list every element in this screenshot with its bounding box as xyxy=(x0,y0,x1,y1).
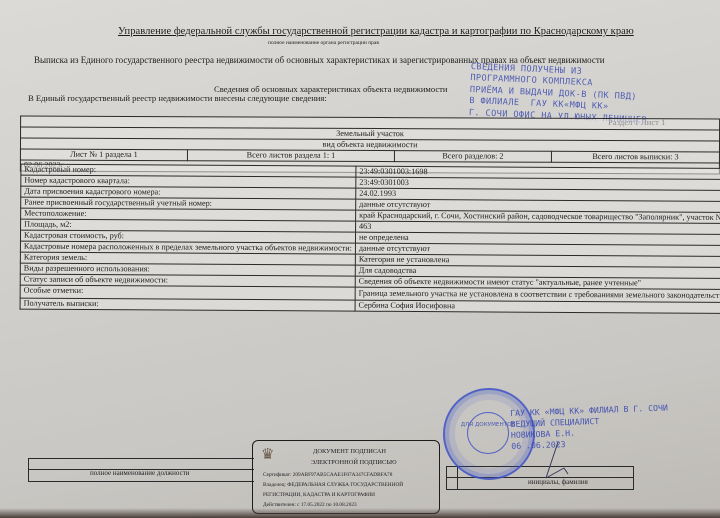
stamp-line: ВЕДУЩИЙ СПЕЦИАЛИСТ xyxy=(510,416,599,429)
esign-owner: Владелец: ФЕДЕРАЛЬНАЯ СЛУЖБА ГОСУДАРСТВЕ… xyxy=(263,482,403,488)
coat-of-arms-icon: ♛ xyxy=(261,446,277,464)
field-value: Сербина София Иосифовна xyxy=(355,300,720,316)
organization-caption: полное наименование органа регистрации п… xyxy=(268,40,379,46)
esign-title: ДОКУМЕНТ ПОДПИСАН xyxy=(313,448,386,455)
characteristics-table: Кадастровый номер:23:49:0301003:1698 Ном… xyxy=(20,164,720,316)
divider xyxy=(457,467,458,489)
stamp-line: НОВИКОВА Е.Н. xyxy=(511,428,575,440)
sheet-number: Лист № 1 раздела 1 xyxy=(20,149,187,161)
position-caption: полное наименование должности xyxy=(90,469,190,477)
esign-certificate: Сертификат: 209ABF97AB5CAAE1F07A347CFADB… xyxy=(263,472,392,478)
field-label: Получатель выписки: xyxy=(20,298,355,311)
total-sheets-section: Всего листов раздела 1: 1 xyxy=(187,150,394,162)
electronic-signature-box: ♛ ДОКУМЕНТ ПОДПИСАН ЭЛЕКТРОННОЙ ПОДПИСЬЮ… xyxy=(252,440,440,514)
total-sheets-extract: Всего листов выписки: 3 xyxy=(551,151,719,163)
document-page: Управление федеральной службы государств… xyxy=(0,0,720,518)
organization-name: Управление федеральной службы государств… xyxy=(118,26,634,37)
photo-edge xyxy=(0,508,720,518)
seal-inner-ring xyxy=(467,412,509,454)
esign-owner-cont: РЕГИСТРАЦИИ, КАДАСТРА И КАРТОГРАФИИ xyxy=(263,492,375,498)
intro-text: В Единый государственный реестр недвижим… xyxy=(28,93,327,103)
esign-subtitle: ЭЛЕКТРОННОЙ ПОДПИСЬЮ xyxy=(311,459,397,466)
total-sections: Всего разделов: 2 xyxy=(394,151,551,163)
handwritten-signature-icon xyxy=(528,440,588,480)
